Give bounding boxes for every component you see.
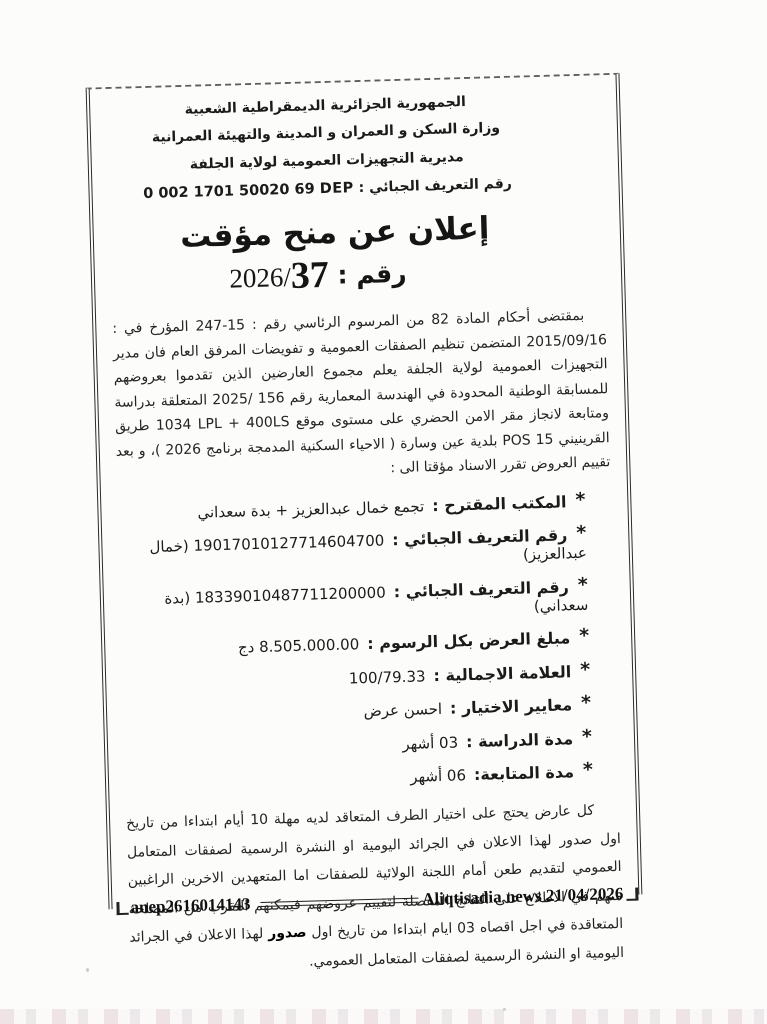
item-value: 8.505.000.00 دج: [238, 635, 360, 656]
scan-speck: [86, 968, 89, 972]
item-label: العلامة الاجمالية :: [433, 662, 571, 685]
bullet-star-icon: *: [577, 573, 588, 595]
bullet-star-icon: *: [581, 692, 592, 714]
bullet-star-icon: *: [576, 522, 587, 544]
scan-artifact-strip: [0, 1009, 767, 1024]
announcement-document: الجمهورية الجزائرية الديمقراطية الشعبية …: [86, 73, 643, 910]
bullet-star-icon: *: [575, 489, 586, 511]
item-label: مدة الدراسة :: [466, 729, 573, 751]
bullet-star-icon: *: [580, 658, 591, 680]
item-label: معايير الاختيار :: [450, 695, 573, 717]
list-item: *المكتب المقترح :تجمع خمال عبدالعزيز + ب…: [117, 489, 585, 524]
award-details-list: *المكتب المقترح :تجمع خمال عبدالعزيز + ب…: [117, 488, 619, 794]
item-label: مدة المتابعة:: [474, 762, 575, 784]
frame-corner-left: [116, 901, 128, 914]
bullet-star-icon: *: [579, 625, 590, 647]
bullet-star-icon: *: [582, 725, 593, 747]
anep-reference: anep2616014143: [130, 894, 250, 917]
intro-paragraph: بمقتضى أحكام المادة 82 من المرسوم الرئاس…: [112, 303, 611, 488]
list-item: *رقم التعريف الجبائي :190170101277146047…: [118, 522, 587, 575]
list-item: *مدة المتابعة:06 أشهر: [125, 759, 593, 794]
list-item: *رقم التعريف الجبائي :183390104877112000…: [120, 573, 589, 626]
bullet-star-icon: *: [583, 759, 594, 781]
number-label: رقم :: [328, 259, 407, 290]
item-label: المكتب المقترح :: [432, 492, 567, 515]
item-value: تجمع خمال عبدالعزيز + بدة سعداني: [197, 497, 424, 521]
appeal-text-start: كل عارض يحتج على اختيار الطرف المتعاقد ل…: [126, 803, 623, 941]
item-value: 03 أشهر: [402, 733, 458, 753]
item-label: مبلغ العرض بكل الرسوم :: [367, 628, 571, 653]
appeal-bold-word: صدور: [268, 925, 307, 942]
scanned-page: { "page": { "artifact_strip_color": "#f0…: [0, 0, 767, 1024]
number-value: 37: [290, 254, 329, 297]
list-item: *مبلغ العرض بكل الرسوم :8.505.000.00 دج: [121, 625, 589, 660]
tax-id-value: 0 002 1701 50020 69 DEP: [143, 180, 354, 202]
item-value: 100/79.33: [349, 667, 426, 687]
document-header: الجمهورية الجزائرية الديمقراطية الشعبية …: [78, 86, 575, 210]
item-value: 06 أشهر: [410, 766, 466, 786]
footer-divider: [260, 897, 418, 906]
number-year: 2026/: [229, 262, 291, 294]
item-value: احسن عرض: [363, 700, 442, 720]
list-item: *معايير الاختيار :احسن عرض: [123, 692, 591, 727]
tax-id-label: رقم التعريف الجبائي :: [354, 176, 513, 196]
frame-corner-right: [626, 887, 638, 900]
list-item: *العلامة الاجمالية :100/79.33: [122, 658, 590, 693]
list-item: *مدة الدراسة :03 أشهر: [124, 725, 592, 760]
